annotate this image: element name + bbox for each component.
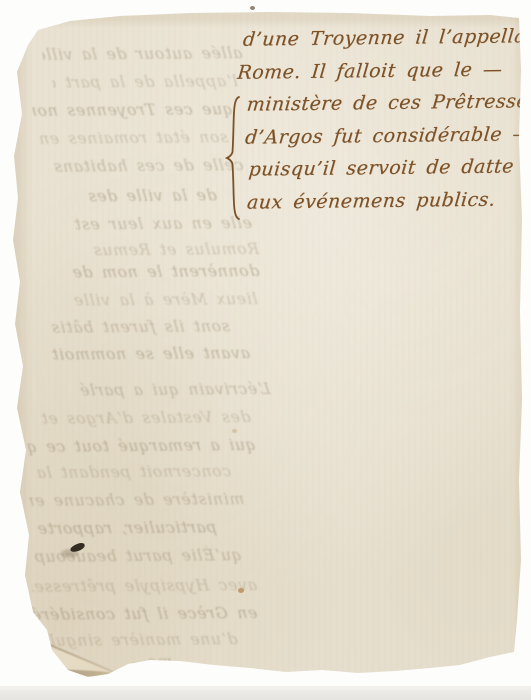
showthrough-line: qui a remarqué tout ce qui <box>25 436 257 458</box>
showthrough-line: que ces Troyennes nommé <box>32 100 234 122</box>
showthrough-line: concernoit pendant la <box>35 462 232 484</box>
corner-crumple <box>52 668 138 680</box>
showthrough-line: particulier, rapporte <box>30 518 217 540</box>
manuscript-page: allée autour de la villel’appella de la … <box>0 0 531 700</box>
showthrough-line: mo— <box>92 653 174 674</box>
manuscript-line: d’une Troyenne il l’appella <box>236 20 527 56</box>
showthrough-line: en Grèce il fut considéré <box>26 604 258 626</box>
showthrough-line: de la ville des <box>66 186 218 207</box>
showthrough-line: l’appella de la part des <box>52 72 239 94</box>
showthrough-line: des Vestales d’Argos et <box>29 408 251 430</box>
showthrough-line: donnèrent le nom de <box>23 262 260 284</box>
showthrough-line: Romulus et Remus qui <box>88 240 260 261</box>
dust-speck <box>250 6 255 10</box>
showthrough-line: avant elle se nommoit <box>24 344 251 366</box>
showthrough-line: elle en aux leur est <box>46 214 253 236</box>
manuscript-line: ministère de ces Prêtresses <box>236 85 527 121</box>
showthrough-line: celle de ces habitans <box>42 156 244 178</box>
scan-edge-strip <box>0 686 531 700</box>
showthrough-line: allée autour de la ville <box>41 44 243 66</box>
showthrough-line: son état romaines en <box>37 128 229 150</box>
showthrough-line: L’écrivain qui a parlé <box>54 380 271 402</box>
foxing-spot <box>238 588 244 593</box>
showthrough-line: d’une manière singulière <box>36 630 238 652</box>
manuscript-line: Rome. Il falloit que le — <box>236 53 527 89</box>
showthrough-line: ministère de chacune en <box>28 490 245 512</box>
manuscript-text-block: d’une Troyenne il l’appellaRome. Il fall… <box>237 20 527 219</box>
showthrough-line: qu’Élie parut beaucoup <box>26 546 243 568</box>
showthrough-line: sont ils furent bâtis <box>24 317 231 339</box>
showthrough-line: avec Hypsipyle prêtresses <box>31 576 258 598</box>
photo-backdrop: allée autour de la villel’appella de la … <box>0 0 531 700</box>
manuscript-line: d’Argos fut considérable — <box>237 118 528 154</box>
showthrough-line: lieux Mère à la ville <box>26 290 258 312</box>
manuscript-line: aux événemens publics. <box>237 183 528 219</box>
foxing-spot <box>232 429 237 433</box>
left-brace-icon <box>224 94 242 222</box>
manuscript-line: puisqu’il servoit de datte — <box>237 150 528 186</box>
